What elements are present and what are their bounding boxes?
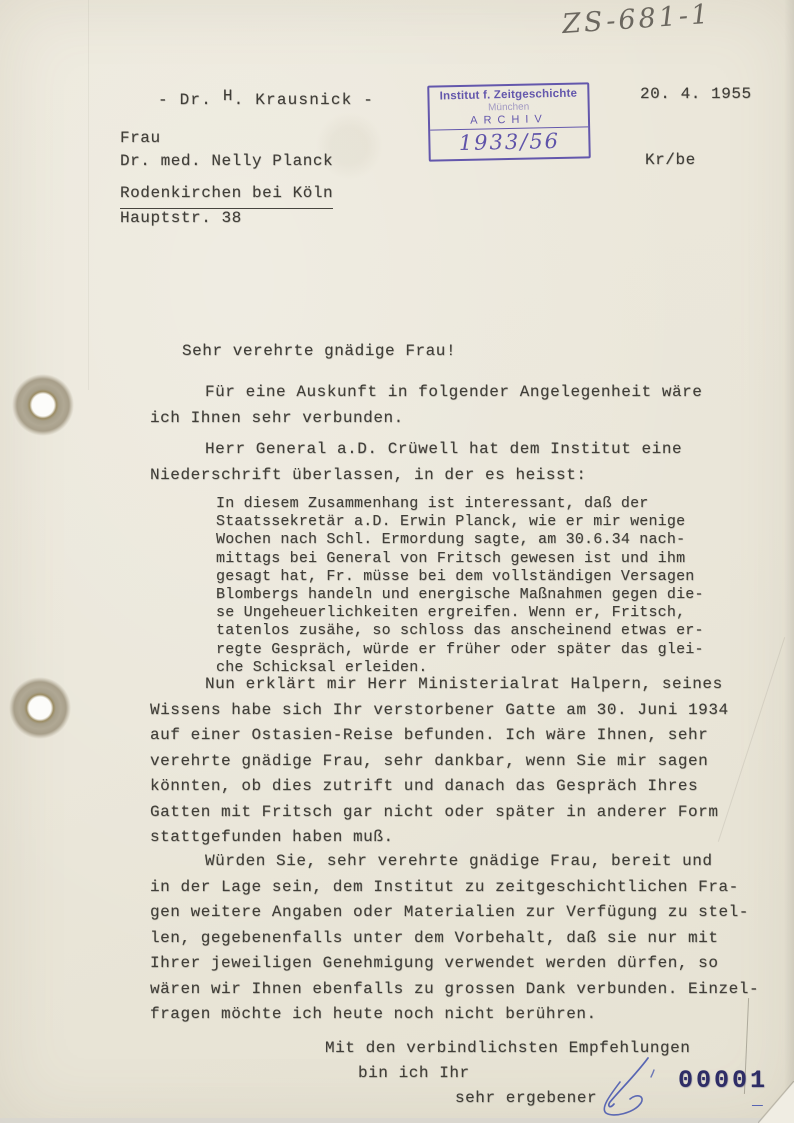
closing-line-2: bin ich Ihr [358, 1061, 470, 1087]
salutation: Sehr verehrte gnädige Frau! [182, 339, 456, 365]
punch-hole-bottom [9, 677, 71, 739]
letter-scan-page: ZS-681-1 Institut f. Zeitgeschichte Münc… [0, 0, 794, 1123]
page-stamp-dash-mark: _ [752, 1090, 763, 1110]
paragraph-2: Herr General a.D. Crüwell hat dem Instit… [150, 436, 770, 488]
punch-hole-top [12, 374, 74, 436]
recipient-street: Hauptstr. 38 [120, 206, 242, 232]
sender-line: - Dr. H. Krausnick - [158, 88, 374, 114]
sender-prefix: - Dr. [158, 91, 223, 109]
closing-line-3: sehr ergebener [455, 1086, 597, 1112]
scan-bottom-edge [0, 1118, 794, 1123]
paragraph-4: Würden Sie, sehr verehrte gnädige Frau, … [150, 849, 790, 1028]
recipient-frau: Frau [120, 126, 161, 152]
paragraph-1: Für eine Auskunft in folgender Angelegen… [150, 379, 770, 431]
vertical-crease [88, 0, 89, 390]
recipient-name: Dr. med. Nelly Planck [120, 149, 333, 175]
archive-number-handwritten: ZS-681-1 [561, 0, 712, 40]
paragraph-3: Nun erklärt mir Herr Ministerialrat Halp… [150, 672, 780, 851]
signature-initial [586, 1056, 672, 1120]
reference-initials: Kr/be [645, 148, 696, 174]
quote-block: In diesem Zusammenhang ist interessant, … [216, 495, 756, 677]
stamp-number-handwritten: 1933/56 [430, 128, 588, 155]
archive-stamp: Institut f. Zeitgeschichte München ARCHI… [427, 82, 591, 161]
sender-suffix: . Krausnick - [234, 91, 374, 109]
letter-date: 20. 4. 1955 [640, 82, 752, 108]
sender-initial: H [223, 87, 234, 105]
recipient-city: Rodenkirchen bei Köln [120, 181, 333, 209]
